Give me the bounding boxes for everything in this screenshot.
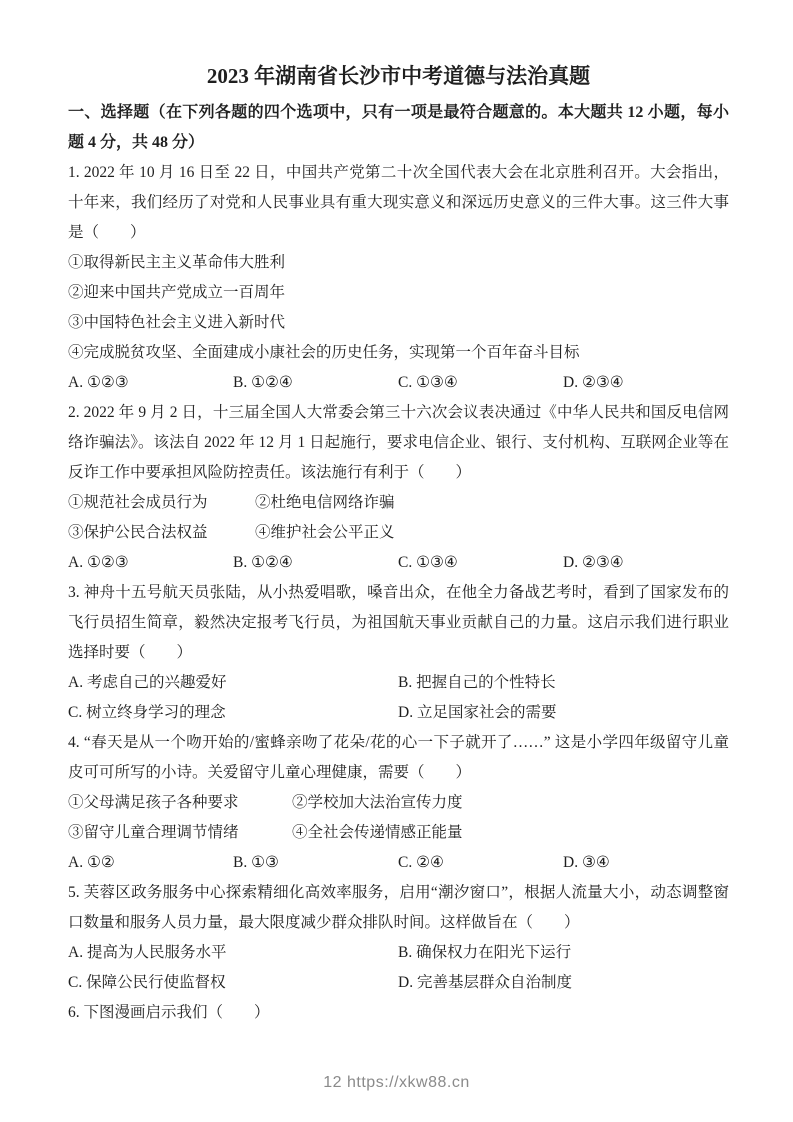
question-5-stem: 5. 芙蓉区政务服务中心探索精细化高效率服务，启用“潮汐窗口”，根据人流量大小，… bbox=[68, 878, 729, 938]
question-4-items-row-2: ③留守儿童合理调节情绪 ④全社会传递情感正能量 bbox=[68, 818, 729, 848]
question-4-item-4: ④全社会传递情感正能量 bbox=[292, 818, 729, 848]
question-3-option-b: B. 把握自己的个性特长 bbox=[398, 668, 729, 698]
question-5-options-row-2: C. 保障公民行使监督权 D. 完善基层群众自治制度 bbox=[68, 968, 729, 998]
page-title: 2023 年湖南省长沙市中考道德与法治真题 bbox=[68, 60, 729, 92]
question-4: 4. “春天是从一个吻开始的/蜜蜂亲吻了花朵/花的心一下子就开了……” 这是小学… bbox=[68, 728, 729, 878]
exam-page: 2023 年湖南省长沙市中考道德与法治真题 一、选择题（在下列各题的四个选项中，… bbox=[0, 0, 793, 1122]
question-5-option-c: C. 保障公民行使监督权 bbox=[68, 968, 398, 998]
question-5-options-row-1: A. 提高为人民服务水平 B. 确保权力在阳光下运行 bbox=[68, 938, 729, 968]
question-5-option-a: A. 提高为人民服务水平 bbox=[68, 938, 398, 968]
question-2-item-1: ①规范社会成员行为 bbox=[68, 488, 255, 518]
question-1-item-2: ②迎来中国共产党成立一百周年 bbox=[68, 278, 729, 308]
question-3-stem: 3. 神舟十五号航天员张陆，从小热爱唱歌，嗓音出众，在他全力备战艺考时，看到了国… bbox=[68, 578, 729, 668]
question-4-option-d: D. ③④ bbox=[563, 848, 729, 878]
question-1-option-d: D. ②③④ bbox=[563, 368, 729, 398]
question-2-item-2: ②杜绝电信网络诈骗 bbox=[255, 488, 729, 518]
question-4-option-b: B. ①③ bbox=[233, 848, 398, 878]
question-4-items-row-1: ①父母满足孩子各种要求 ②学校加大法治宣传力度 bbox=[68, 788, 729, 818]
section-header: 一、选择题（在下列各题的四个选项中，只有一项是最符合题意的。本大题共 12 小题… bbox=[68, 98, 729, 158]
question-2-options: A. ①②③ B. ①②④ C. ①③④ D. ②③④ bbox=[68, 548, 729, 578]
question-3-option-a: A. 考虑自己的兴趣爱好 bbox=[68, 668, 398, 698]
question-4-item-2: ②学校加大法治宣传力度 bbox=[292, 788, 729, 818]
page-footer: 12 https://xkw88.cn bbox=[0, 1074, 793, 1092]
question-2-option-c: C. ①③④ bbox=[398, 548, 563, 578]
question-2-option-d: D. ②③④ bbox=[563, 548, 729, 578]
question-5-option-d: D. 完善基层群众自治制度 bbox=[398, 968, 729, 998]
question-4-options: A. ①② B. ①③ C. ②④ D. ③④ bbox=[68, 848, 729, 878]
question-4-option-a: A. ①② bbox=[68, 848, 233, 878]
question-3-option-d: D. 立足国家社会的需要 bbox=[398, 698, 729, 728]
question-4-item-1: ①父母满足孩子各种要求 bbox=[68, 788, 292, 818]
question-2-items-row-1: ①规范社会成员行为 ②杜绝电信网络诈骗 bbox=[68, 488, 729, 518]
question-2-option-a: A. ①②③ bbox=[68, 548, 233, 578]
question-4-item-3: ③留守儿童合理调节情绪 bbox=[68, 818, 292, 848]
question-2-option-b: B. ①②④ bbox=[233, 548, 398, 578]
question-5: 5. 芙蓉区政务服务中心探索精细化高效率服务，启用“潮汐窗口”，根据人流量大小，… bbox=[68, 878, 729, 998]
question-2-item-4: ④维护社会公平正义 bbox=[255, 518, 729, 548]
question-1-item-3: ③中国特色社会主义进入新时代 bbox=[68, 308, 729, 338]
question-3-option-c: C. 树立终身学习的理念 bbox=[68, 698, 398, 728]
question-4-option-c: C. ②④ bbox=[398, 848, 563, 878]
question-1: 1. 2022 年 10 月 16 日至 22 日，中国共产党第二十次全国代表大… bbox=[68, 158, 729, 398]
question-1-options: A. ①②③ B. ①②④ C. ①③④ D. ②③④ bbox=[68, 368, 729, 398]
question-1-item-4: ④完成脱贫攻坚、全面建成小康社会的历史任务，实现第一个百年奋斗目标 bbox=[68, 338, 729, 368]
question-1-option-c: C. ①③④ bbox=[398, 368, 563, 398]
question-3: 3. 神舟十五号航天员张陆，从小热爱唱歌，嗓音出众，在他全力备战艺考时，看到了国… bbox=[68, 578, 729, 728]
question-2: 2. 2022 年 9 月 2 日，十三届全国人大常委会第三十六次会议表决通过《… bbox=[68, 398, 729, 578]
question-1-item-1: ①取得新民主主义革命伟大胜利 bbox=[68, 248, 729, 278]
question-3-options-row-1: A. 考虑自己的兴趣爱好 B. 把握自己的个性特长 bbox=[68, 668, 729, 698]
question-5-option-b: B. 确保权力在阳光下运行 bbox=[398, 938, 729, 968]
question-3-options-row-2: C. 树立终身学习的理念 D. 立足国家社会的需要 bbox=[68, 698, 729, 728]
question-1-stem: 1. 2022 年 10 月 16 日至 22 日，中国共产党第二十次全国代表大… bbox=[68, 158, 729, 248]
question-1-option-a: A. ①②③ bbox=[68, 368, 233, 398]
question-2-item-3: ③保护公民合法权益 bbox=[68, 518, 255, 548]
question-6: 6. 下图漫画启示我们（ ） bbox=[68, 998, 729, 1028]
question-4-stem: 4. “春天是从一个吻开始的/蜜蜂亲吻了花朵/花的心一下子就开了……” 这是小学… bbox=[68, 728, 729, 788]
question-1-option-b: B. ①②④ bbox=[233, 368, 398, 398]
question-2-stem: 2. 2022 年 9 月 2 日，十三届全国人大常委会第三十六次会议表决通过《… bbox=[68, 398, 729, 488]
question-2-items-row-2: ③保护公民合法权益 ④维护社会公平正义 bbox=[68, 518, 729, 548]
question-6-stem: 6. 下图漫画启示我们（ ） bbox=[68, 998, 729, 1028]
